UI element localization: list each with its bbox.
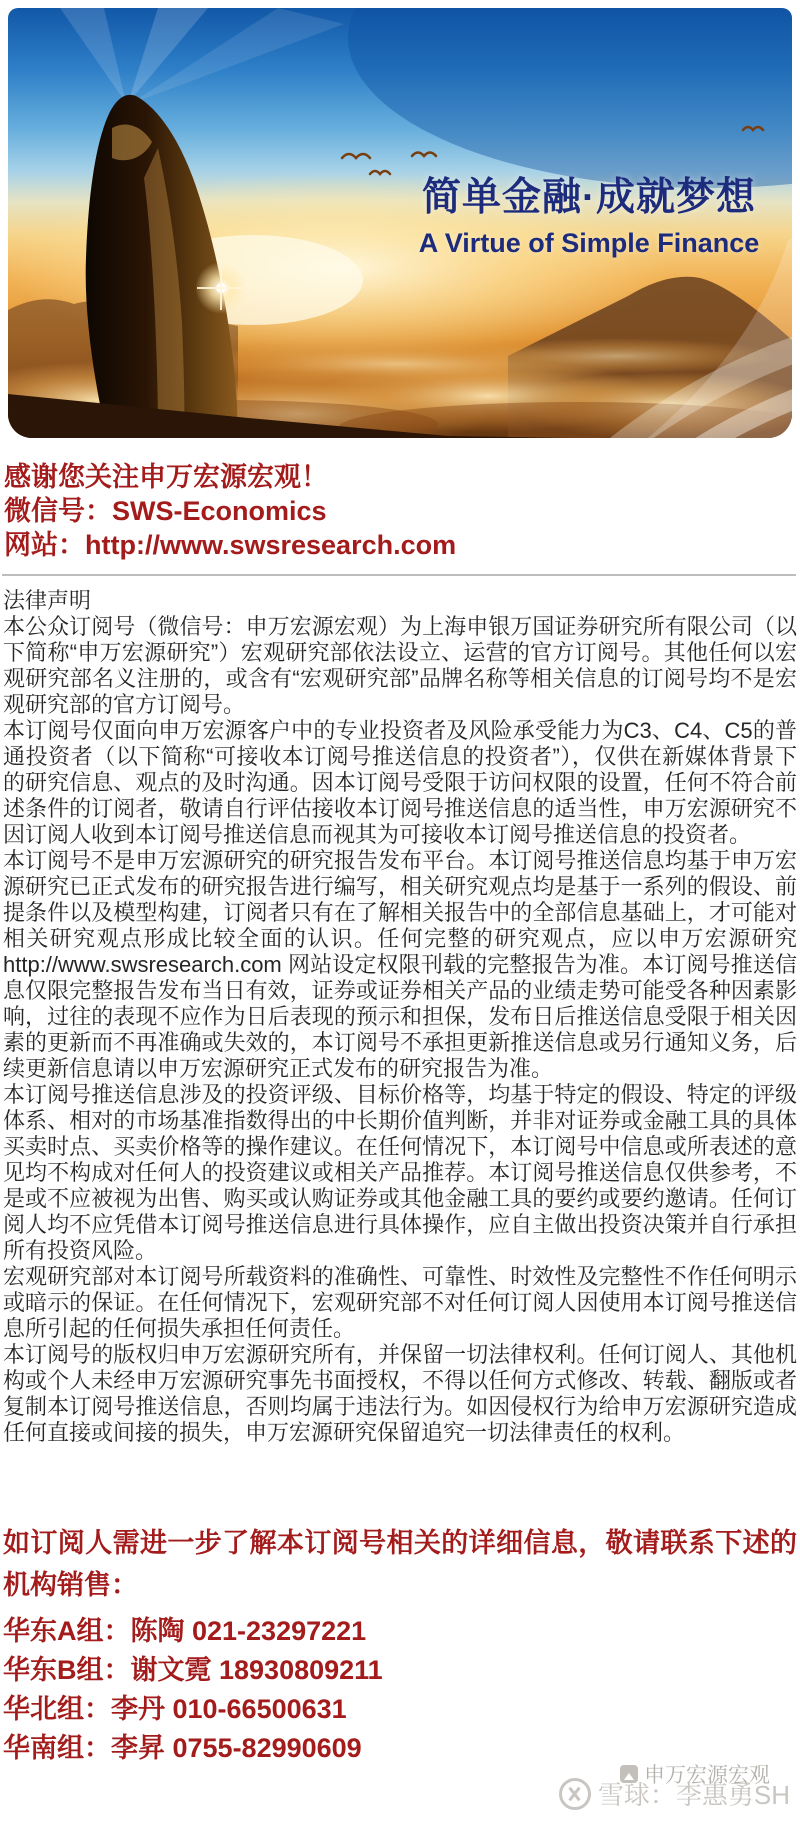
banner-image: 简单金融·成就梦想 A Virtue of Simple Finance — [8, 8, 792, 438]
sales-section: 如订阅人需进一步了解本订阅号相关的详细信息，敬请联系下述的机构销售： 华东A组：… — [3, 1522, 797, 1768]
banner-slogan-en: A Virtue of Simple Finance — [400, 228, 778, 259]
section-divider — [2, 574, 796, 576]
intro-website: 网站：http://www.swsresearch.com — [4, 528, 456, 562]
legal-paragraph: 本订阅号的版权归申万宏源研究所有，并保留一切法律权利。任何订阅人、其他机构或个人… — [3, 1342, 797, 1446]
sales-contact-list: 华东A组：陈陶 021-23297221华东B组：谢文霓 18930809211… — [3, 1612, 797, 1768]
intro-thanks: 感谢您关注申万宏源宏观！ — [4, 460, 456, 494]
xueqiu-watermark: 雪球：李惠勇SH — [559, 1775, 790, 1812]
xueqiu-watermark-text: 雪球：李惠勇SH — [598, 1775, 790, 1812]
intro-block: 感谢您关注申万宏源宏观！ 微信号：SWS-Economics 网站：http:/… — [4, 460, 456, 562]
article-page: 简单金融·成就梦想 A Virtue of Simple Finance 感谢您… — [0, 0, 800, 1821]
legal-paragraph: 宏观研究部对本订阅号所载资料的准确性、可靠性、时效性及完整性不作任何明示或暗示的… — [3, 1264, 797, 1342]
xueqiu-logo-icon — [559, 1778, 591, 1810]
legal-paragraph: 本订阅号仅面向申万宏源客户中的专业投资者及风险承受能力为C3、C4、C5的普通投… — [3, 718, 797, 848]
legal-disclaimer: 法律声明 本公众订阅号（微信号：申万宏源宏观）为上海申银万国证券研究所有限公司（… — [3, 588, 797, 1482]
legal-paragraph: 本订阅号推送信息涉及的投资评级、目标价格等，均基于特定的假设、特定的评级体系、相… — [3, 1082, 797, 1264]
intro-wechat-id: 微信号：SWS-Economics — [4, 494, 456, 528]
sales-contact: 华东B组：谢文霓 18930809211 — [3, 1651, 797, 1690]
legal-title: 法律声明 — [3, 588, 797, 614]
sales-contact: 华北组：李丹 010-66500631 — [3, 1690, 797, 1729]
banner-slogan-cn: 简单金融·成就梦想 — [400, 166, 778, 222]
sales-contact: 华东A组：陈陶 021-23297221 — [3, 1612, 797, 1651]
legal-paragraph: 本订阅号不是申万宏源研究的研究报告发布平台。本订阅号推送信息均基于申万宏源研究已… — [3, 848, 797, 1082]
legal-paragraph: 本公众订阅号（微信号：申万宏源宏观）为上海申银万国证券研究所有限公司（以下简称“… — [3, 614, 797, 718]
banner-headline: 简单金融·成就梦想 A Virtue of Simple Finance — [400, 166, 778, 259]
sales-heading: 如订阅人需进一步了解本订阅号相关的详细信息，敬请联系下述的机构销售： — [3, 1522, 797, 1606]
legal-paragraphs: 本公众订阅号（微信号：申万宏源宏观）为上海申银万国证券研究所有限公司（以下简称“… — [3, 614, 797, 1446]
